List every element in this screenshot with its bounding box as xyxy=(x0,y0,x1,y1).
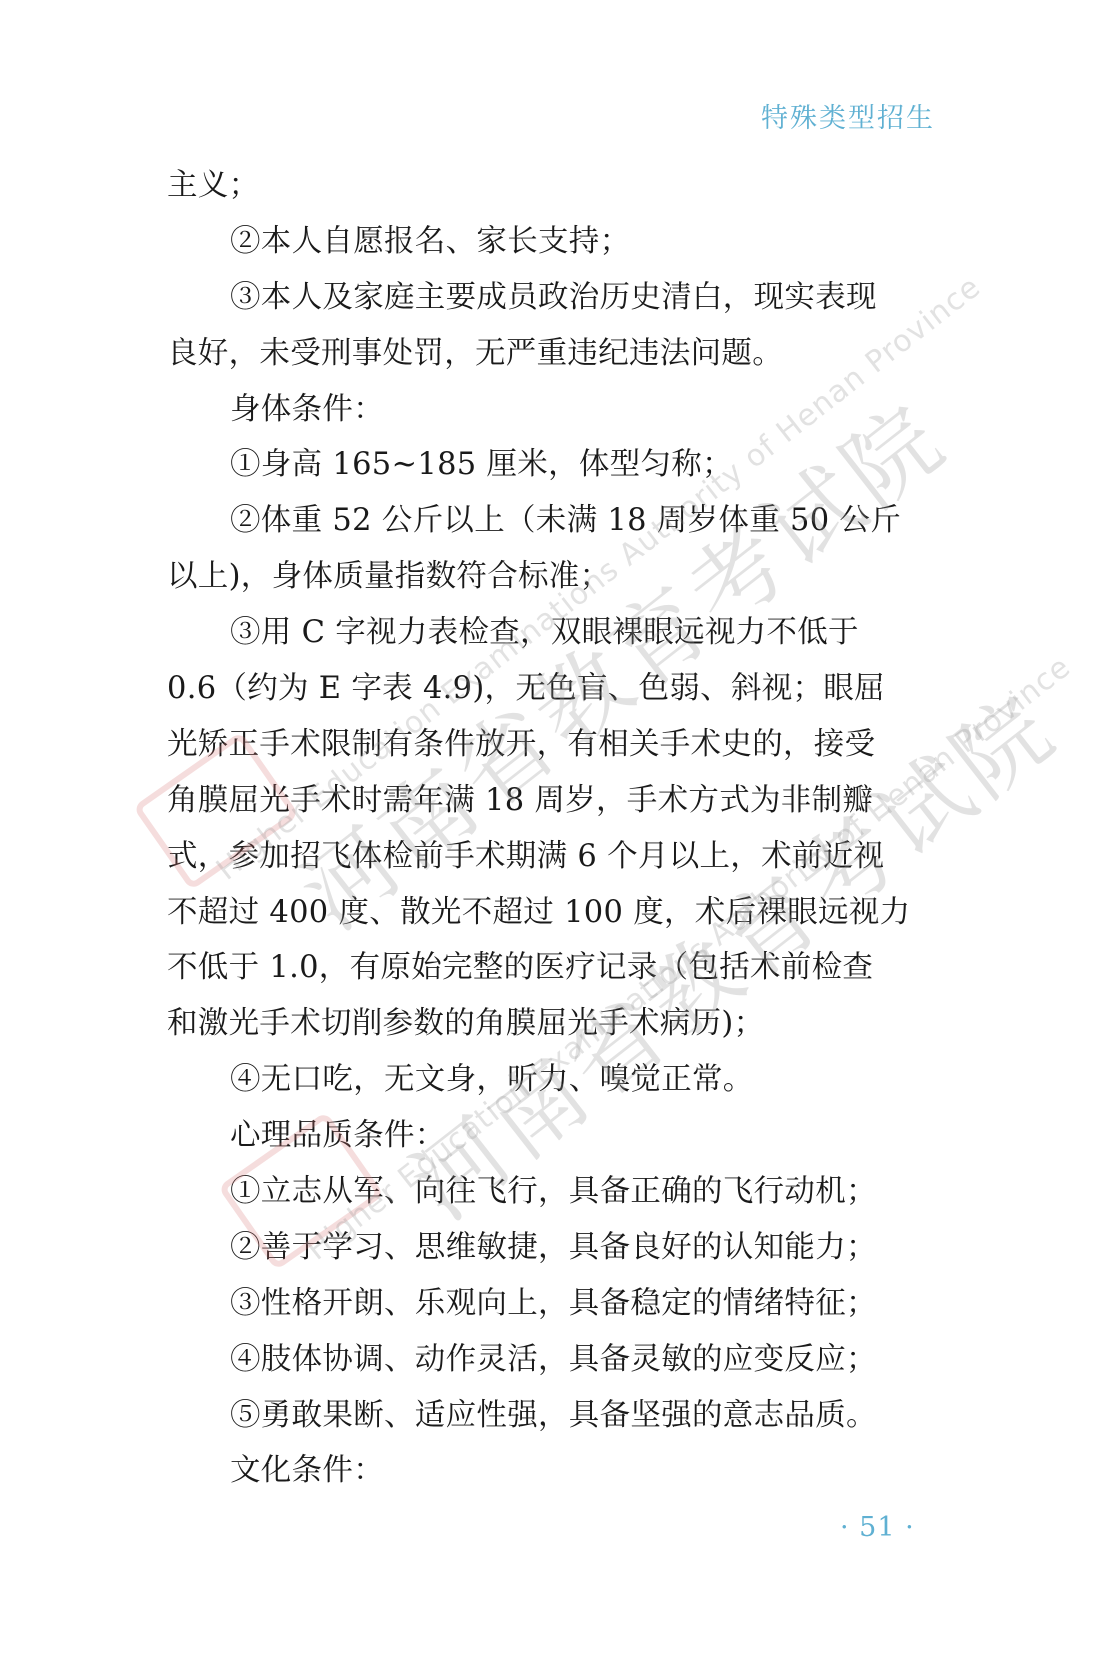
text-line: ②本人自愿报名、家长支持； xyxy=(167,214,935,270)
text-line: ④肢体协调、动作灵活，具备灵敏的应变反应； xyxy=(167,1332,935,1388)
text-line: 角膜屈光手术时需年满 18 周岁，手术方式为非制瓣 xyxy=(167,773,935,829)
text-line: ②善于学习、思维敏捷，具备良好的认知能力； xyxy=(167,1220,935,1276)
text-line: 和激光手术切削参数的角膜屈光手术病历)； xyxy=(167,996,935,1052)
page-number: · 51 · xyxy=(840,1512,915,1543)
body-text: 主义； ②本人自愿报名、家长支持； ③本人及家庭主要成员政治历史清白，现实表现 … xyxy=(167,158,935,1499)
text-line: ①身高 165~185 厘米，体型匀称； xyxy=(167,437,935,493)
text-line: 主义； xyxy=(167,158,935,214)
text-line: ③本人及家庭主要成员政治历史清白，现实表现 xyxy=(167,270,935,326)
running-header: 特殊类型招生 xyxy=(761,96,935,135)
text-line: 0.6（约为 E 字表 4.9)，无色盲、色弱、斜视；眼屈 xyxy=(167,661,935,717)
text-line: ④无口吃，无文身，听力、嗅觉正常。 xyxy=(167,1052,935,1108)
text-line: 式，参加招飞体检前手术期满 6 个月以上，术前近视 xyxy=(167,829,935,885)
text-line: 不超过 400 度、散光不超过 100 度，术后裸眼远视力 xyxy=(167,885,935,941)
section-heading-psychological: 心理品质条件： xyxy=(167,1108,935,1164)
text-line: 良好，未受刑事处罚，无严重违纪违法问题。 xyxy=(167,326,935,382)
text-line: ③性格开朗、乐观向上，具备稳定的情绪特征； xyxy=(167,1276,935,1332)
section-heading-cultural: 文化条件： xyxy=(167,1443,935,1499)
text-line: ⑤勇敢果断、适应性强，具备坚强的意志品质。 xyxy=(167,1388,935,1444)
text-line: 光矫正手术限制有条件放开，有相关手术史的，接受 xyxy=(167,717,935,773)
text-line: ①立志从军、向往飞行，具备正确的飞行动机； xyxy=(167,1164,935,1220)
section-heading-physical: 身体条件： xyxy=(167,382,935,438)
text-line: 以上)，身体质量指数符合标准； xyxy=(167,549,935,605)
text-line: ③用 C 字视力表检查，双眼裸眼远视力不低于 xyxy=(167,605,935,661)
text-line: 不低于 1.0，有原始完整的医疗记录（包括术前检查 xyxy=(167,940,935,996)
text-line: ②体重 52 公斤以上（未满 18 周岁体重 50 公斤 xyxy=(167,493,935,549)
